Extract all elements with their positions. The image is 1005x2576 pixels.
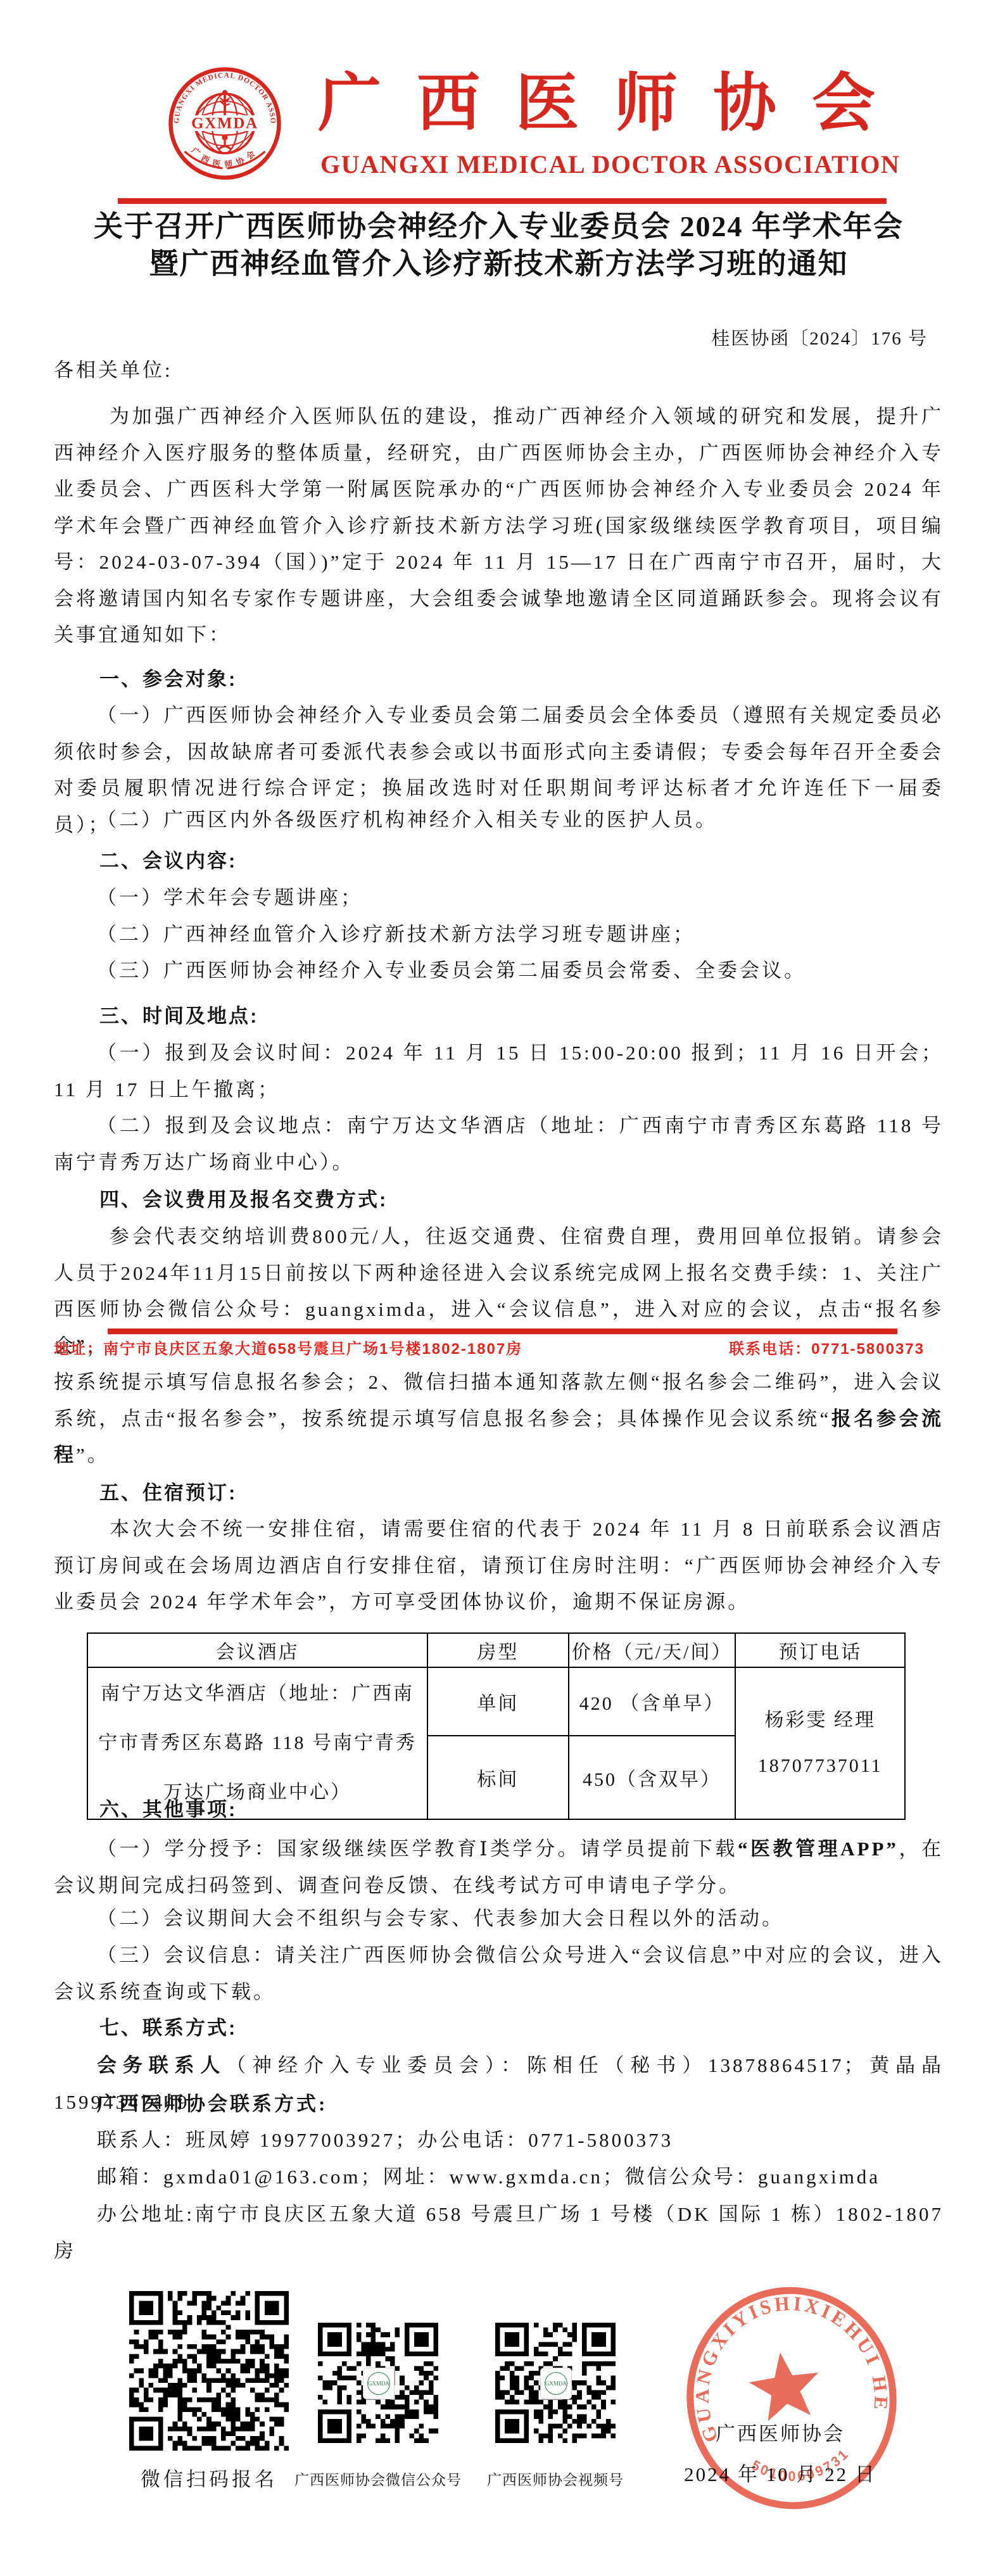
conference-contact-label: 会务联系人 bbox=[97, 2054, 226, 2076]
registration-qr-code bbox=[129, 2291, 289, 2451]
section-2-item-1: （一）学术年会专题讲座； bbox=[54, 880, 944, 916]
col-header-room-type: 房型 bbox=[427, 1633, 569, 1667]
section-2-heading: 二、会议内容: bbox=[54, 843, 989, 880]
org-name-en: GUANGXI MEDICAL DOCTOR ASSOCIATION bbox=[320, 149, 900, 179]
section-3-item-2: （二）报到及会议地点：南宁万达文华酒店（地址：广西南宁市青秀区东葛路 118 号… bbox=[54, 1108, 944, 1180]
logo-ring-text-cn: 广西医师协会 bbox=[189, 146, 260, 169]
official-red-seal: GUANGXIYISHIXIEHUI HEZUEI广西医师协会 50100609… bbox=[667, 2270, 915, 2527]
qr-center-logo: GXMDA bbox=[363, 2368, 395, 2399]
seal-star-icon bbox=[745, 2347, 824, 2423]
section-1-item-2: （二）广西区内外各级医疗机构神经介入相关专业的医护人员。 bbox=[54, 802, 944, 838]
section-6-item-1-bold-text: “医教管理APP” bbox=[738, 1838, 899, 1860]
qr-center-logo-text: GXMDA bbox=[545, 2372, 567, 2395]
room-type-single: 单间 bbox=[427, 1667, 569, 1736]
qr-center-logo-text: GXMDA bbox=[367, 2372, 390, 2395]
section-5-paragraph: 本次大会不统一安排住宿，请需要住宿的代表于 2024 年 11 月 8 日前联系… bbox=[54, 1511, 944, 1620]
section-2-item-3: （三）广西医师协会神经介入专业委员会第二届委员会常委、全委会议。 bbox=[54, 952, 944, 989]
col-header-hotel: 会议酒店 bbox=[87, 1633, 427, 1667]
section-6-heading: 六、其他事项: bbox=[54, 1791, 989, 1828]
logo-abbr-text: GXMDA bbox=[191, 115, 258, 132]
association-office-address: 办公地址:南宁市良庆区五象大道 658 号震旦广场 1 号楼（DK 国际 1 栋… bbox=[54, 2196, 944, 2269]
section-3-item-1: （一）报到及会议时间：2024 年 11 月 15 日 15:00-20:00 … bbox=[54, 1035, 944, 1108]
section-4-part2-closing: ”。 bbox=[76, 1444, 110, 1466]
svg-text:GUANGXIYISHIXIEHUI HEZUEI广西医师协: GUANGXIYISHIXIEHUI HEZUEI广西医师协会 bbox=[678, 2278, 896, 2446]
seal-ring-text: GUANGXIYISHIXIEHUI HEZUEI广西医师协会 bbox=[678, 2278, 896, 2446]
booking-contact-name: 杨彩雯 经理 bbox=[736, 1698, 904, 1743]
section-6-item-1: （一）学分授予：国家级继续医学教育Ⅰ类学分。请学员提前下载“医教管理APP”，在… bbox=[54, 1831, 944, 1904]
section-3-heading: 三、时间及地点: bbox=[54, 998, 989, 1035]
col-header-phone: 预订电话 bbox=[735, 1633, 905, 1667]
salutation: 各相关单位: bbox=[54, 352, 944, 389]
logo-person-icon bbox=[222, 134, 227, 140]
section-6-item-3: （三）会议信息：请关注广西医师协会微信公众号进入“会议信息”中对应的会议，进入会… bbox=[54, 1937, 944, 2010]
price-single: 420 （含单早） bbox=[569, 1667, 736, 1736]
qr-center-logo: GXMDA bbox=[540, 2368, 572, 2399]
intro-paragraph: 为加强广西神经介入医师队伍的建设，推动广西神经介入领域的研究和发展，提升广西神经… bbox=[54, 398, 944, 653]
association-contact-heading: 广西医师协会联系方式: bbox=[54, 2086, 944, 2123]
association-logo-icon: GUANGXI MEDICAL DOCTOR ASSOCIATION 广西医师协… bbox=[167, 65, 283, 182]
page-footer-phone: 联系电话：0771-5800373 bbox=[729, 1337, 925, 1361]
section-7-heading: 七、联系方式: bbox=[54, 2010, 989, 2047]
header-divider-line bbox=[118, 198, 887, 204]
association-contact-person: 联系人：班凤婷 19977003927；办公电话：0771-5800373 bbox=[54, 2122, 944, 2159]
section-6-item-2: （二）会议期间大会不组织与会专家、代表参加大会日程以外的活动。 bbox=[54, 1900, 944, 1937]
table-row: 南宁万达文华酒店（地址：广西南宁市青秀区东葛路 118 号南宁青秀万达广场商业中… bbox=[87, 1667, 905, 1736]
section-5-heading: 五、住宿预订: bbox=[54, 1475, 989, 1512]
section-1-heading: 一、参会对象: bbox=[54, 661, 989, 698]
section-2-item-2: （二）广西神经血管介入诊疗新技术新方法学习班专题讲座； bbox=[54, 916, 944, 953]
signature-footer: GXMDA GXMDA 微信扫码报名 广西医师协会微信公众号 广西医师协会视频号… bbox=[0, 2273, 1005, 2576]
document-number: 桂医协函〔2024〕176 号 bbox=[54, 324, 928, 350]
section-4-heading: 四、会议费用及报名交费方式: bbox=[54, 1182, 989, 1218]
page-footer-divider-line bbox=[108, 1329, 897, 1334]
svg-text:广西医师协会: 广西医师协会 bbox=[189, 146, 260, 169]
document-title: 关于召开广西医师协会神经介入专业委员会 2024 年学术年会 暨广西神经血管介入… bbox=[54, 208, 944, 282]
seal-serial-number: 50100609731 bbox=[747, 2443, 855, 2491]
video-qr-label: 广西医师协会视频号 bbox=[451, 2468, 660, 2489]
title-line-2: 暨广西神经血管介入诊疗新技术新方法学习班的通知 bbox=[54, 245, 944, 282]
page-footer-band: 地址：南宁市良庆区五象大道658号震旦广场1号楼1802-1807房 联系电话：… bbox=[54, 1337, 925, 1361]
title-line-1: 关于召开广西医师协会神经介入专业委员会 2024 年学术年会 bbox=[54, 208, 944, 245]
association-contact-email: 邮箱：gxmda01@163.com；网址：www.gxmda.cn；微信公众号… bbox=[54, 2159, 944, 2195]
section-4-part2-text: 按系统提示填写信息报名参会；2、微信扫描本通知落款左侧“报名参会二维码”，进入会… bbox=[54, 1371, 944, 1430]
org-name-cn: 广西医师协会 bbox=[318, 66, 911, 142]
svg-text:50100609731: 50100609731 bbox=[747, 2443, 855, 2491]
section-6-item-1-text: （一）学分授予：国家级继续医学教育Ⅰ类学分。请学员提前下载 bbox=[97, 1838, 738, 1860]
notice-document-page: GUANGXI MEDICAL DOCTOR ASSOCIATION 广西医师协… bbox=[0, 0, 1005, 2576]
col-header-price: 价格（元/天/间） bbox=[569, 1633, 736, 1667]
registration-qr-label: 微信扫码报名 bbox=[129, 2463, 289, 2492]
booking-contact-phone: 18707737011 bbox=[736, 1743, 904, 1789]
section-4-paragraph-part2: 按系统提示填写信息报名参会；2、微信扫描本通知落款左侧“报名参会二维码”，进入会… bbox=[54, 1364, 944, 1474]
hotel-table-header-row: 会议酒店 房型 价格（元/天/间） 预订电话 bbox=[87, 1633, 905, 1667]
section-2-items: （一）学术年会专题讲座； （二）广西神经血管介入诊疗新技术新方法学习班专题讲座；… bbox=[54, 880, 944, 989]
page-footer-address: 地址：南宁市良庆区五象大道658号震旦广场1号楼1802-1807房 bbox=[54, 1337, 522, 1361]
